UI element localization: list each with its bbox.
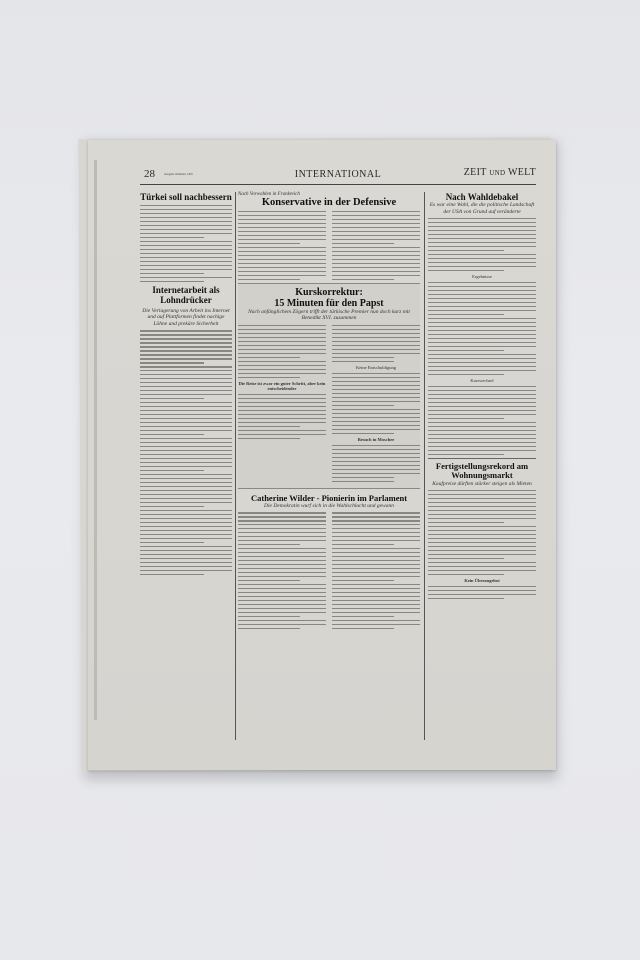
text-line <box>428 414 536 415</box>
text-line <box>238 426 300 427</box>
article-subheadline: Die Verlagerung von Arbeit ins Internet … <box>140 308 232 328</box>
article-subheadline: Kaufpreise dürften stärker steigen als M… <box>428 481 536 488</box>
text-line <box>332 580 394 581</box>
text-line <box>140 430 232 431</box>
text-line <box>238 365 326 366</box>
text-line <box>140 490 232 491</box>
text-line <box>238 353 326 354</box>
headline-line: 15 Minuten für den Papst <box>238 298 420 309</box>
text-line <box>238 556 326 557</box>
text-line <box>332 341 420 342</box>
text-line <box>428 590 536 591</box>
article-body <box>428 386 536 455</box>
text-line <box>140 538 232 539</box>
text-line <box>238 418 326 419</box>
text-line <box>140 261 232 262</box>
text-line <box>238 377 300 378</box>
text-line <box>238 422 326 423</box>
text-line <box>332 576 420 577</box>
text-line <box>238 596 326 597</box>
text-line <box>140 570 232 571</box>
text-line <box>332 465 420 466</box>
text-line <box>332 556 420 557</box>
text-line <box>238 247 326 248</box>
text-line <box>140 426 232 427</box>
article-subheadline: Die Demokratin wurf sich in die Wahlschl… <box>238 503 420 510</box>
text-line <box>140 418 232 419</box>
text-line <box>332 405 394 406</box>
text-line <box>332 481 394 482</box>
text-line <box>332 275 420 276</box>
text-line <box>238 528 326 529</box>
text-line <box>238 235 326 236</box>
article-subhead: Kurswechsel <box>428 378 536 383</box>
text-line <box>140 358 232 359</box>
text-line <box>332 524 420 525</box>
text-line <box>140 410 232 411</box>
text-line <box>428 318 536 319</box>
article-subhead: Keine Entschuldigung <box>332 365 420 370</box>
text-line <box>428 326 536 327</box>
text-line <box>140 338 232 339</box>
text-line <box>332 469 420 470</box>
article-body <box>428 586 536 599</box>
article-subhead: Besuch in Moschee <box>332 437 420 442</box>
text-line <box>332 215 420 216</box>
article-subhead: Ergebnisse <box>428 274 536 279</box>
text-line <box>428 450 536 451</box>
text-line <box>140 350 232 351</box>
text-line <box>428 370 536 371</box>
text-line <box>238 516 326 517</box>
text-line <box>428 386 536 387</box>
text-line <box>428 438 536 439</box>
text-line <box>332 353 420 354</box>
text-line <box>238 337 326 338</box>
text-line <box>428 398 536 399</box>
text-line <box>428 242 536 243</box>
article-headline: Konservative in der Defensive <box>238 197 420 208</box>
text-line <box>140 522 232 523</box>
text-line <box>238 227 326 228</box>
text-line <box>428 374 504 375</box>
text-line <box>428 534 536 535</box>
article-body <box>140 205 232 282</box>
text-line <box>332 564 420 565</box>
article-body <box>428 282 536 375</box>
text-line <box>332 552 420 553</box>
text-line <box>140 362 204 363</box>
text-line <box>428 422 536 423</box>
text-line <box>332 584 420 585</box>
text-line <box>428 338 536 339</box>
text-line <box>238 580 300 581</box>
text-line <box>332 425 420 426</box>
text-line <box>140 330 232 331</box>
column-rule <box>424 192 425 740</box>
text-line <box>332 616 394 617</box>
text-line <box>332 421 420 422</box>
text-line <box>238 219 326 220</box>
text-line <box>428 430 536 431</box>
text-line <box>332 520 420 521</box>
text-line <box>140 518 232 519</box>
text-line <box>332 560 420 561</box>
text-line <box>332 620 420 621</box>
text-line <box>238 223 326 224</box>
text-line <box>428 566 536 567</box>
text-line <box>140 502 232 503</box>
text-line <box>140 542 204 543</box>
text-line <box>140 478 232 479</box>
text-line <box>332 612 420 613</box>
text-line <box>332 255 420 256</box>
text-line <box>140 245 232 246</box>
text-line <box>140 233 232 234</box>
text-line <box>238 588 326 589</box>
text-line <box>238 552 326 553</box>
text-line <box>238 255 326 256</box>
text-line <box>238 608 326 609</box>
text-line <box>238 211 326 212</box>
article-headline: Kurskorrektur: 15 Minuten für den Papst <box>238 287 420 309</box>
text-line <box>428 286 536 287</box>
text-line <box>428 322 536 323</box>
article-headline: Internetarbeit als Lohndrücker <box>140 286 232 306</box>
text-line <box>140 434 204 435</box>
text-line <box>332 373 420 374</box>
text-line <box>238 263 326 264</box>
text-line <box>428 542 536 543</box>
text-line <box>428 330 536 331</box>
text-line <box>428 346 536 347</box>
text-line <box>140 229 232 230</box>
text-line <box>332 251 420 252</box>
text-line <box>428 394 536 395</box>
text-line <box>428 238 536 239</box>
text-line <box>428 314 504 315</box>
text-line <box>428 586 536 587</box>
text-line <box>332 325 420 326</box>
text-line <box>238 349 326 350</box>
text-line <box>238 341 326 342</box>
text-line <box>140 281 204 282</box>
text-line <box>332 568 420 569</box>
text-line <box>238 271 326 272</box>
text-line <box>140 382 232 383</box>
text-line <box>428 442 536 443</box>
text-line <box>332 433 394 434</box>
text-line <box>428 418 504 419</box>
text-line <box>238 628 300 629</box>
text-line <box>428 366 536 367</box>
text-line <box>428 222 536 223</box>
text-line <box>428 358 536 359</box>
text-line <box>428 546 536 547</box>
text-line <box>428 262 536 263</box>
text-line <box>332 381 420 382</box>
text-line <box>140 558 232 559</box>
text-line <box>428 558 504 559</box>
text-line <box>140 534 232 535</box>
text-line <box>428 570 536 571</box>
text-line <box>140 574 204 575</box>
text-line <box>332 349 420 350</box>
text-line <box>332 413 420 414</box>
text-line <box>140 506 204 507</box>
text-line <box>140 265 232 266</box>
text-line <box>140 442 232 443</box>
text-line <box>140 205 232 206</box>
text-line <box>332 235 420 236</box>
text-line <box>140 346 232 347</box>
text-line <box>140 454 232 455</box>
text-line <box>428 490 536 491</box>
text-line <box>238 394 326 395</box>
text-line <box>428 498 536 499</box>
text-line <box>332 239 420 240</box>
text-line <box>238 544 300 545</box>
text-line <box>332 337 420 338</box>
text-line <box>332 544 394 545</box>
article-body <box>428 490 536 575</box>
text-line <box>428 302 536 303</box>
text-line <box>428 282 536 283</box>
text-line <box>238 333 326 334</box>
article-body: Die Reise ist zwar ein guter Schritt, ab… <box>238 325 420 485</box>
text-line <box>238 540 326 541</box>
text-line <box>140 342 232 343</box>
text-line <box>238 398 326 399</box>
text-line <box>428 550 536 551</box>
article-body <box>238 211 420 283</box>
brand-word-3: WELT <box>508 167 536 178</box>
text-line <box>428 538 536 539</box>
text-line <box>332 393 420 394</box>
article-subheadline: Es war eine Wahl, die die politische Lan… <box>428 202 536 215</box>
text-line <box>332 231 420 232</box>
text-line <box>238 512 326 513</box>
text-line <box>238 612 326 613</box>
text-line <box>140 450 232 451</box>
text-line <box>428 574 504 575</box>
text-line <box>140 217 232 218</box>
text-line <box>238 215 326 216</box>
text-line <box>140 225 232 226</box>
text-line <box>238 369 326 370</box>
text-line <box>332 473 420 474</box>
text-line <box>332 624 420 625</box>
text-line <box>332 548 420 549</box>
divider <box>428 458 536 459</box>
text-line <box>140 209 232 210</box>
text-line <box>140 237 204 238</box>
text-line <box>140 530 232 531</box>
text-line <box>428 454 504 455</box>
article-headline: Türkei soll nachbessern <box>140 192 232 202</box>
text-line <box>428 594 536 595</box>
text-line <box>428 554 536 555</box>
text-line <box>332 397 420 398</box>
text-line <box>140 414 232 415</box>
text-line <box>140 474 232 475</box>
text-line <box>332 608 420 609</box>
text-line <box>238 548 326 549</box>
text-line <box>140 494 232 495</box>
text-line <box>428 250 504 251</box>
text-line <box>332 532 420 533</box>
right-column: Nach Wahldebakel Es war eine Wahl, die d… <box>428 192 536 740</box>
text-line <box>238 325 326 326</box>
text-line <box>140 470 204 471</box>
text-line <box>238 584 326 585</box>
featured-article: Kurskorrektur: 15 Minuten für den Papst … <box>238 283 420 489</box>
text-line <box>140 378 232 379</box>
text-line <box>332 588 420 589</box>
text-line <box>332 417 420 418</box>
text-line <box>428 294 536 295</box>
text-line <box>428 434 536 435</box>
text-line <box>140 249 232 250</box>
text-line <box>332 453 420 454</box>
text-line <box>238 275 326 276</box>
text-line <box>332 227 420 228</box>
text-line <box>238 572 326 573</box>
article-headline: Fertigstellungsrekord am Wohnungsmarkt <box>428 462 536 481</box>
text-line <box>332 457 420 458</box>
text-line <box>238 576 326 577</box>
text-line <box>140 221 232 222</box>
text-line <box>428 342 536 343</box>
text-line <box>140 390 232 391</box>
text-line <box>238 624 326 625</box>
text-line <box>238 564 326 565</box>
text-line <box>140 394 232 395</box>
text-line <box>140 354 232 355</box>
text-line <box>428 530 536 531</box>
text-line <box>428 354 536 355</box>
text-line <box>238 430 326 431</box>
article-headline: Nach Wahldebakel <box>428 192 536 202</box>
text-line <box>332 540 420 541</box>
text-line <box>238 434 326 435</box>
text-line <box>140 562 232 563</box>
text-line <box>428 494 536 495</box>
text-line <box>428 390 536 391</box>
text-line <box>140 257 232 258</box>
text-line <box>428 362 536 363</box>
text-line <box>238 604 326 605</box>
text-line <box>428 218 536 219</box>
text-line <box>428 406 536 407</box>
text-line <box>140 458 232 459</box>
text-line <box>332 279 394 280</box>
text-line <box>428 526 536 527</box>
text-line <box>332 600 420 601</box>
text-line <box>428 506 536 507</box>
quote-box: Die Reise ist zwar ein guter Schritt, ab… <box>238 381 326 391</box>
text-line <box>140 273 204 274</box>
text-line <box>140 514 232 515</box>
text-line <box>238 592 326 593</box>
article-subheadline: Nach anfänglichem Zögern trifft der türk… <box>238 309 420 322</box>
text-line <box>428 598 504 599</box>
text-line <box>428 446 536 447</box>
text-line <box>140 486 232 487</box>
text-line <box>332 536 420 537</box>
text-line <box>428 246 536 247</box>
text-line <box>238 524 326 525</box>
text-line <box>428 254 536 255</box>
fold-edge <box>94 160 97 720</box>
text-line <box>428 258 536 259</box>
brand-word-1: ZEIT <box>464 167 487 178</box>
brand-title: ZEIT UND WELT <box>464 167 536 178</box>
text-line <box>428 290 536 291</box>
text-line <box>238 616 300 617</box>
column-rule <box>235 192 236 740</box>
text-line <box>428 402 536 403</box>
text-line <box>238 568 326 569</box>
text-line <box>238 438 300 439</box>
text-line <box>332 461 420 462</box>
text-line <box>238 520 326 521</box>
text-line <box>428 522 504 523</box>
text-line <box>140 498 232 499</box>
brand-word-2: UND <box>489 169 505 177</box>
text-line <box>428 230 536 231</box>
text-line <box>238 251 326 252</box>
text-line <box>238 243 300 244</box>
text-line <box>238 345 326 346</box>
text-line <box>428 306 536 307</box>
text-line <box>428 426 536 427</box>
text-line <box>428 334 536 335</box>
article-body <box>238 512 420 632</box>
text-line <box>140 526 232 527</box>
text-line <box>238 357 300 358</box>
text-line <box>428 234 536 235</box>
text-line <box>140 546 232 547</box>
text-line <box>140 386 232 387</box>
text-line <box>238 536 326 537</box>
text-line <box>140 374 232 375</box>
text-line <box>332 528 420 529</box>
text-line <box>140 253 232 254</box>
text-line <box>238 600 326 601</box>
text-line <box>140 446 232 447</box>
text-line <box>332 385 420 386</box>
newspaper-page: 28 Ausgabe Nummer 1459 INTERNATIONAL ZEI… <box>88 140 556 770</box>
text-line <box>238 532 326 533</box>
text-line <box>238 620 326 621</box>
text-line <box>428 350 504 351</box>
article-headline: Catherine Wilder - Pionierin im Parlamen… <box>238 493 420 503</box>
article-body <box>140 330 232 574</box>
text-line <box>332 604 420 605</box>
text-line <box>332 389 420 390</box>
text-line <box>428 298 536 299</box>
text-line <box>140 550 232 551</box>
text-line <box>428 518 536 519</box>
text-line <box>238 361 326 362</box>
text-line <box>428 502 536 503</box>
text-line <box>140 269 232 270</box>
text-line <box>428 266 536 267</box>
text-line <box>332 357 394 358</box>
text-line <box>140 554 232 555</box>
text-line <box>332 596 420 597</box>
